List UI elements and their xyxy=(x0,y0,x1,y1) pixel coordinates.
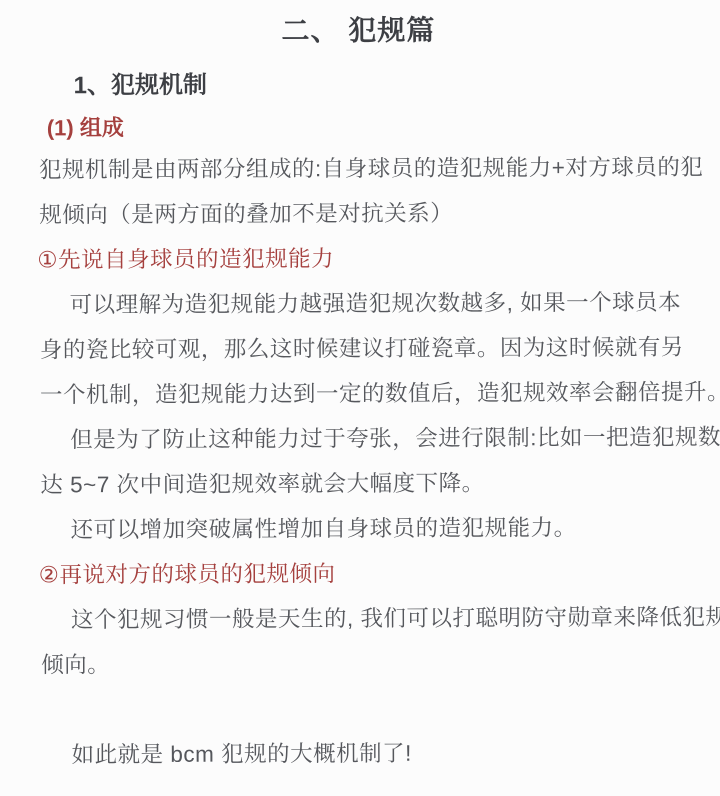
paragraph-line: 但是为了防止这种能力过于夸张，会进行限制:比如一把造犯规数 xyxy=(40,415,680,463)
paragraph-line: 达 5~7 次中间造犯规效率就会大幅度下降。 xyxy=(40,460,680,508)
blank-line xyxy=(41,685,681,733)
paragraph-line: 犯规机制是由两部分组成的:自身球员的造犯规能力+对方球员的犯 xyxy=(39,145,679,193)
content-blocks: 1、犯规机制(1) 组成犯规机制是由两部分组成的:自身球员的造犯规能力+对方球员… xyxy=(39,61,682,778)
section-heading: 1、犯规机制 xyxy=(74,61,679,109)
red-subheading-opponent: ②再说对方的球员的犯规倾向 xyxy=(39,550,681,598)
paragraph-line: 这个犯规习惯一般是天生的, 我们可以打聪明防守勋章来降低犯规 xyxy=(41,595,681,643)
paragraph-line: 一个机制，造犯规能力达到一定的数值后，造犯规效率会翻倍提升。 xyxy=(40,370,680,418)
paragraph-line: 可以理解为造犯规能力越强造犯规次数越多, 如果一个球员本 xyxy=(39,280,679,328)
paragraph-line: 还可以增加突破属性增加自身球员的造犯规能力。 xyxy=(40,505,680,553)
document-page: 二、 犯规篇 1、犯规机制(1) 组成犯规机制是由两部分组成的:自身球员的造犯规… xyxy=(0,0,720,796)
paragraph-line: 身的瓷比较可观，那么这时候建议打碰瓷章。因为这时候就有另 xyxy=(40,325,680,373)
paragraph-line: 倾向。 xyxy=(41,640,681,688)
red-subheading-own-player: ①先说自身球员的造犯规能力 xyxy=(37,235,679,283)
paragraph-line: 规倾向（是两方面的叠加不是对抗关系） xyxy=(39,190,679,238)
chapter-title: 二、 犯规篇 xyxy=(38,9,678,54)
paragraph-line: 如此就是 bcm 犯规的大概机制了! xyxy=(41,730,681,778)
red-subheading-composition: (1) 组成 xyxy=(47,106,679,148)
